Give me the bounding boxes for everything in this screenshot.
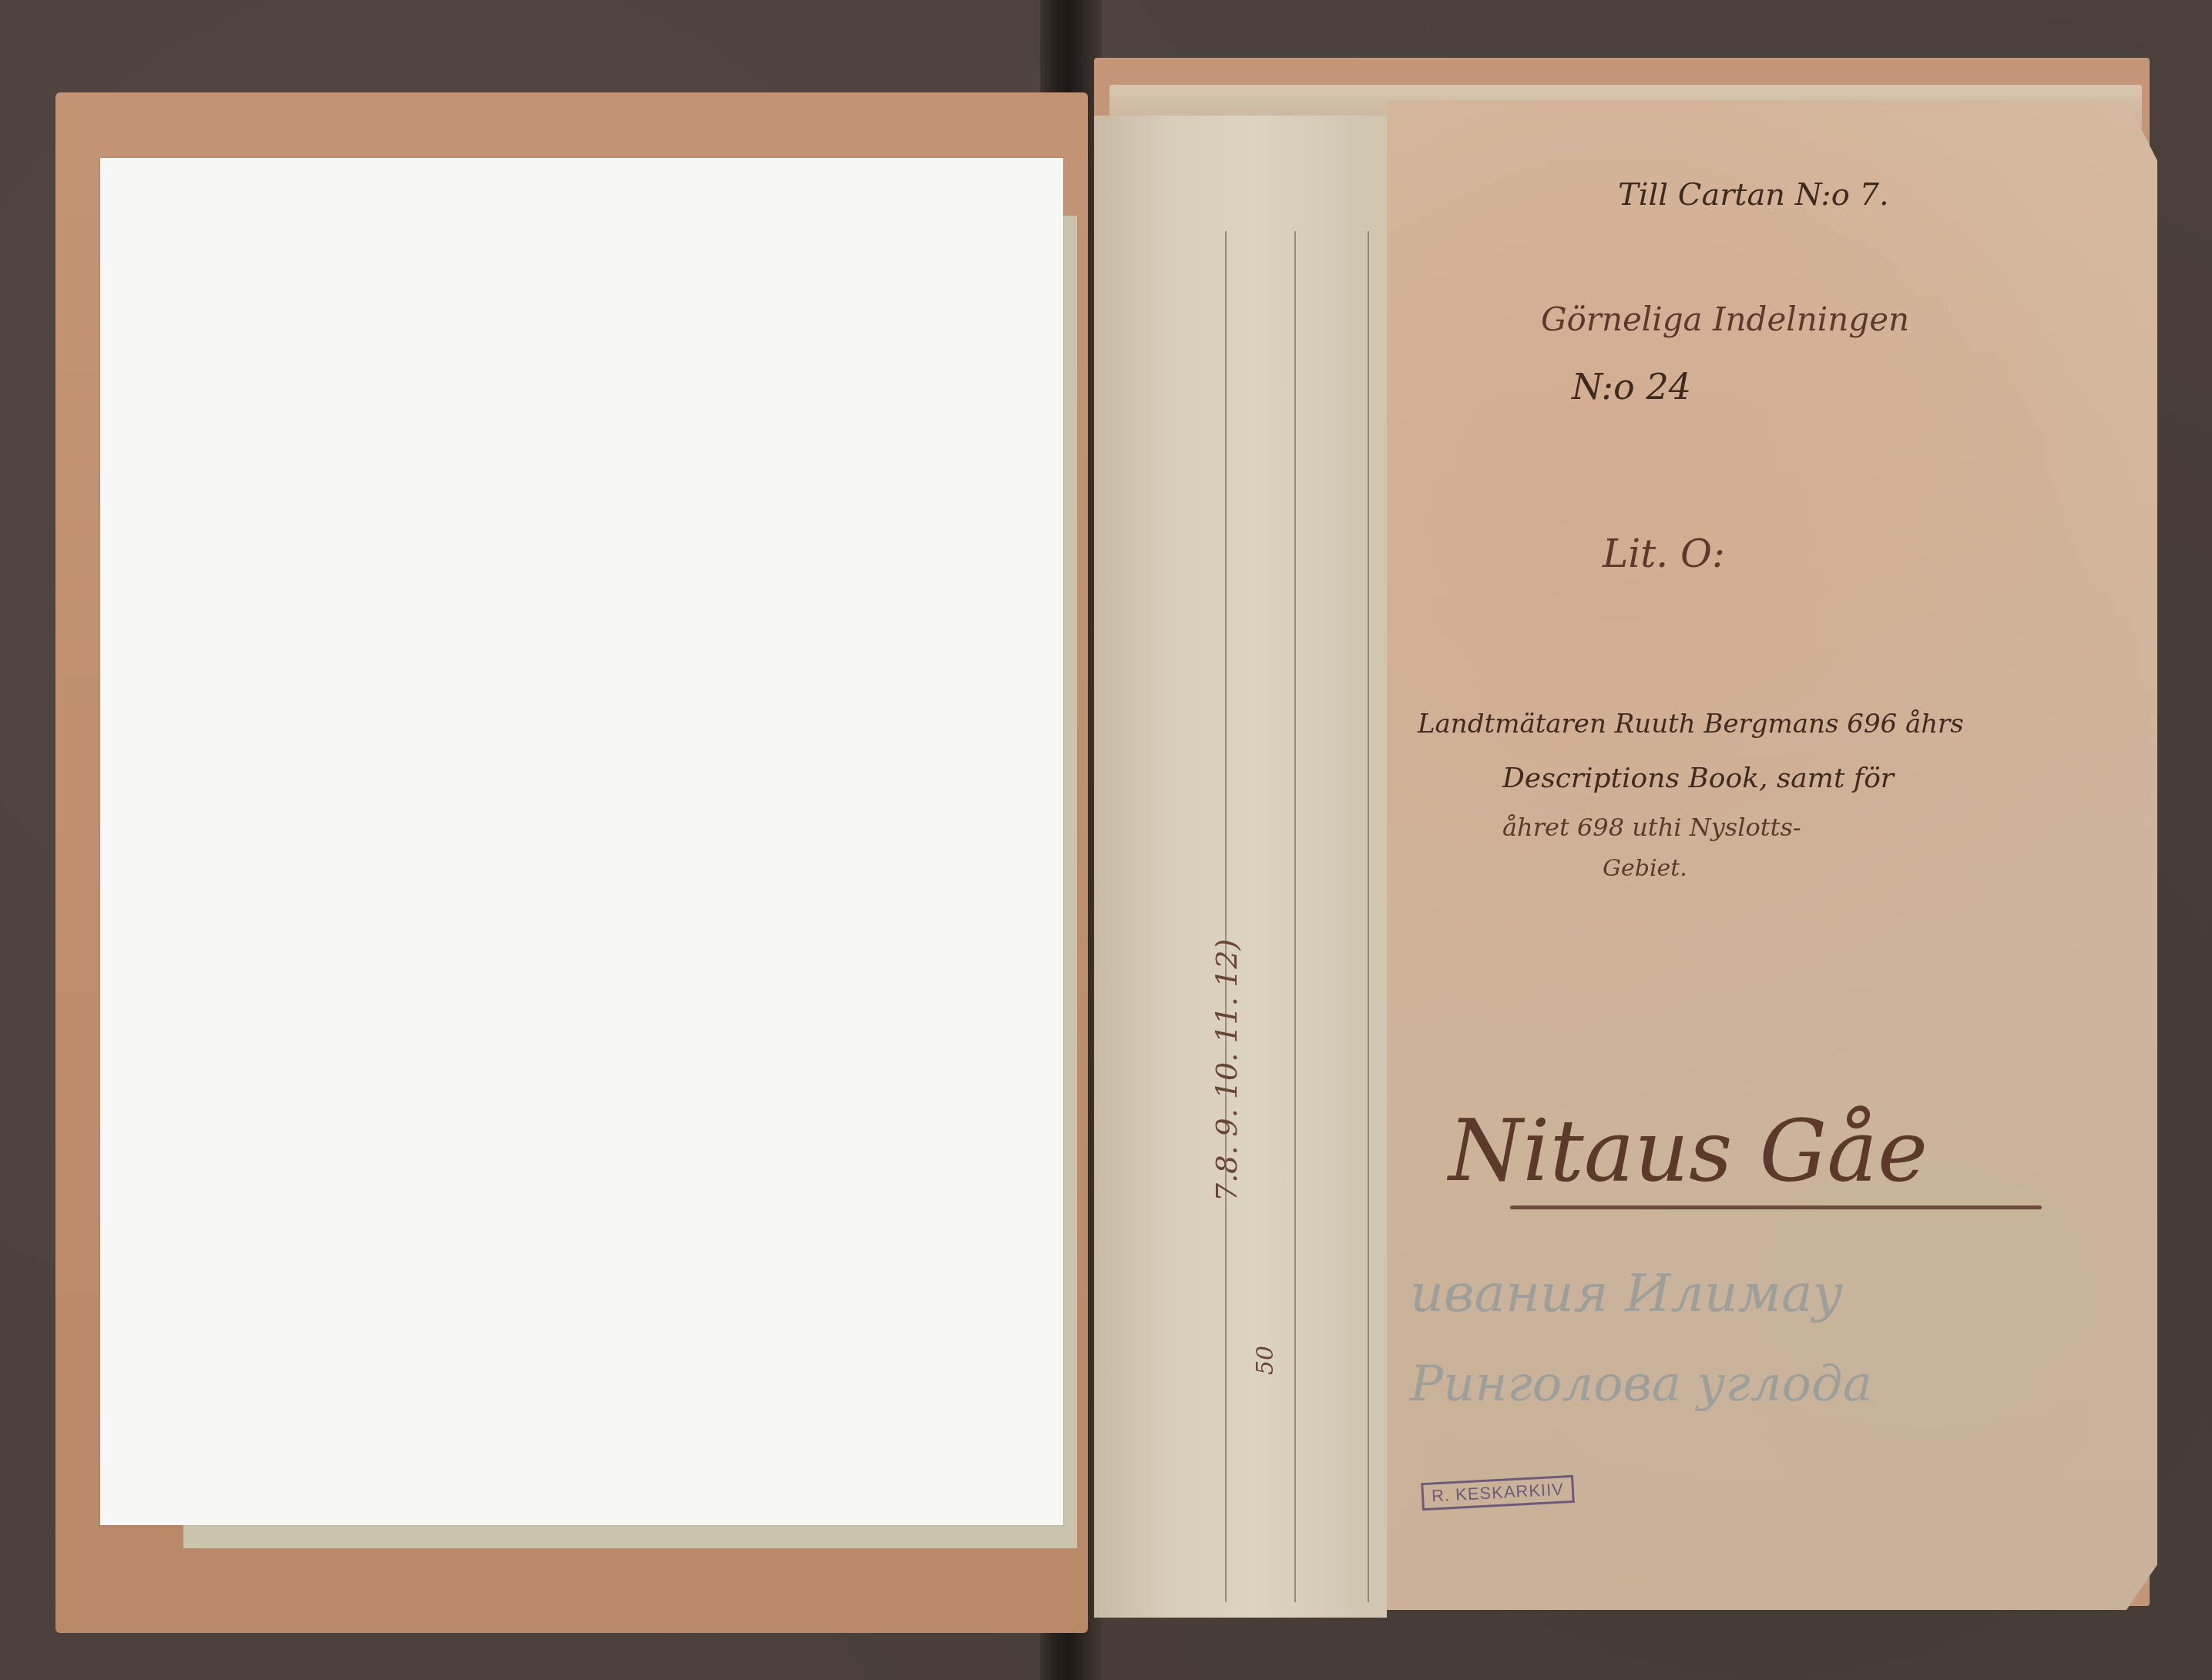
title-underline bbox=[1510, 1206, 2042, 1209]
cover-line-ahret: åhret 698 uthi Nyslotts- bbox=[1502, 813, 1801, 842]
cover-line-number: N:o 24 bbox=[1572, 366, 1691, 407]
cover-line-lit: Lit. O: bbox=[1603, 531, 1725, 576]
cover-line-landtmatare: Landtmätaren Ruuth Bergmans 696 åhrs bbox=[1418, 709, 1964, 739]
pencil-line-1: ивания Илимау bbox=[1410, 1263, 1843, 1324]
ruled-line bbox=[1225, 231, 1227, 1602]
spine-numbers: 7.8. 9. 10. 11. 12) bbox=[1210, 939, 1244, 1202]
spine-number-short: 50 bbox=[1252, 1346, 1279, 1375]
folded-spine-pages bbox=[1094, 116, 1387, 1618]
cover-title-script: Nitaus Gåe bbox=[1448, 1102, 1928, 1200]
ruled-line bbox=[1368, 231, 1369, 1602]
blank-white-sheet bbox=[100, 158, 1063, 1525]
cover-line-indelning: Görneliga Indelningen bbox=[1541, 300, 1909, 338]
cover-line-descriptions: Descriptions Book, samt för bbox=[1502, 763, 1894, 794]
cover-line-gebiet: Gebiet. bbox=[1603, 855, 1687, 882]
pencil-line-2: Ринголова углода bbox=[1410, 1356, 1872, 1413]
cover-line-carton: Till Cartan N:o 7. bbox=[1618, 177, 1889, 213]
ruled-line bbox=[1294, 231, 1296, 1602]
